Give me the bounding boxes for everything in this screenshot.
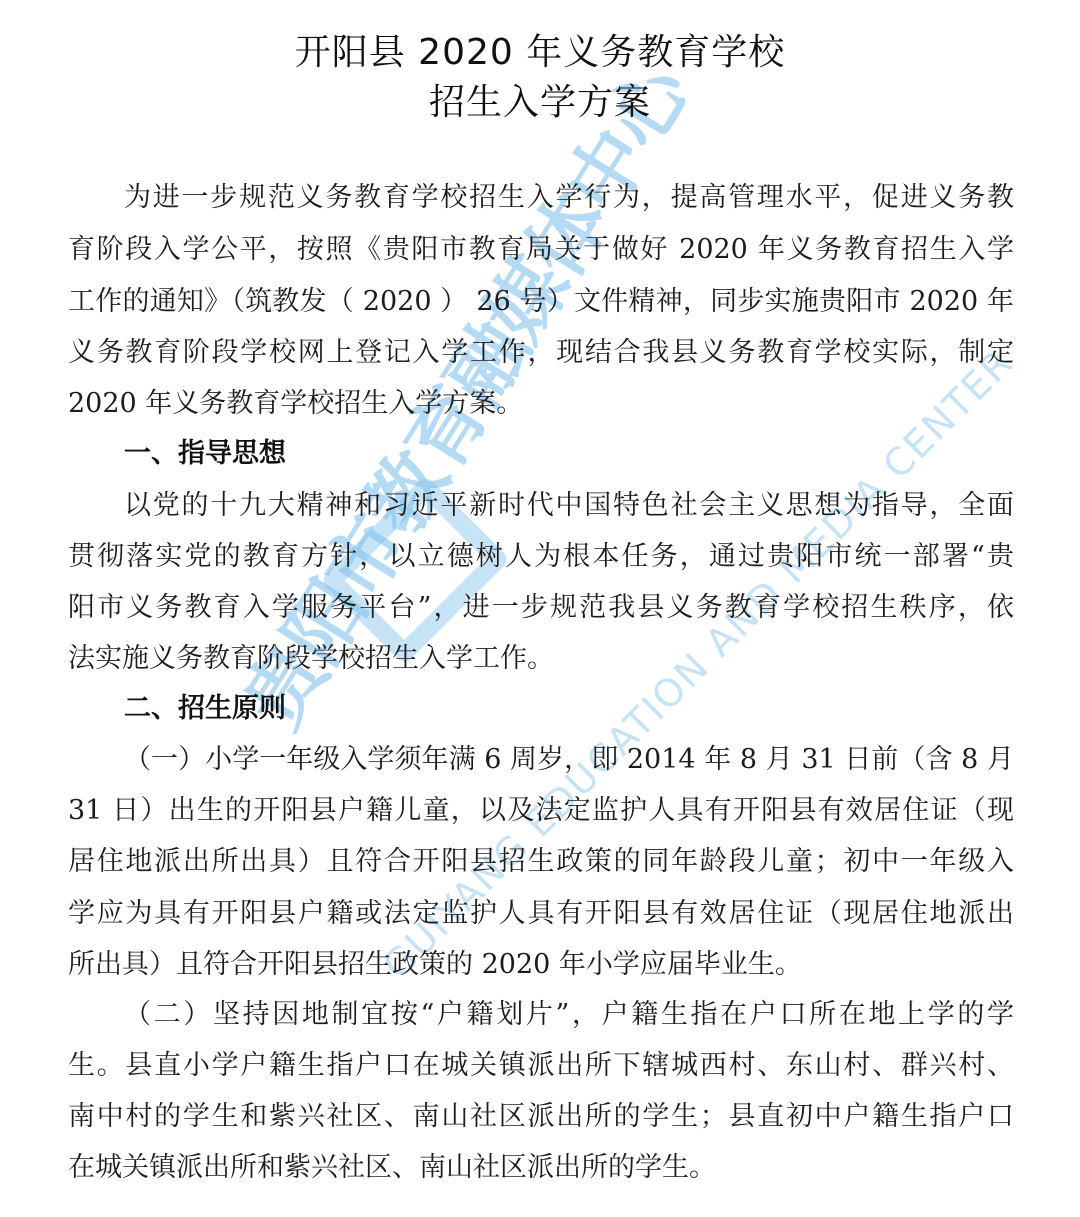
section2-item1-line-5: 所出具）且符合开阳县招生政策的 2020 年小学应届毕业生。 — [68, 948, 1014, 982]
section1-line-3: 阳市义务教育入学服务平台”，进一步规范我县义务教育学校招生秩序，依 — [68, 591, 1014, 625]
section2-item2-line-1: （二）坚持因地制宜按“户籍划片”，户籍生指在户口所在地上学的学 — [124, 998, 1014, 1032]
section1-line-1: 以党的十九大精神和习近平新时代中国特色社会主义思想为指导，全面 — [124, 489, 1014, 523]
section2-item2-line-4: 在城关镇派出所和紫兴社区、南山社区派出所的学生。 — [68, 1151, 1014, 1185]
intro-line-4: 义务教育阶段学校网上登记入学工作，现结合我县义务教育学校实际，制定 — [68, 336, 1014, 370]
document-title-line2: 招生入学方案 — [0, 74, 1080, 125]
section1-line-2: 贯彻落实党的教育方针，以立德树人为根本任务，通过贵阳市统一部署“贵 — [68, 540, 1014, 574]
section2-heading: 二、招生原则 — [124, 692, 286, 726]
intro-line-5: 2020 年义务教育学校招生入学方案。 — [68, 387, 1014, 421]
document-body: 开阳县 2020 年义务教育学校 招生入学方案 为进一步规范义务教育学校招生入学… — [0, 0, 1080, 1217]
section1-line-4: 法实施义务教育阶段学校招生入学工作。 — [68, 642, 1014, 676]
intro-line-2: 育阶段入学公平，按照《贵阳市教育局关于做好 2020 年义务教育招生入学 — [68, 233, 1014, 267]
document-page: 贵阳市教育融媒体中心 GUIYANG EDUCATION AND MEDIA C… — [0, 0, 1080, 1217]
section2-item1-line-4: 学应为具有开阳县户籍或法定监护人具有开阳县有效居住证（现居住地派出 — [68, 897, 1014, 931]
section2-item1-line-1: （一）小学一年级入学须年满 6 周岁，即 2014 年 8 月 31 日前（含 … — [124, 743, 1014, 777]
section2-item1-line-3: 居住地派出所出具）且符合开阳县招生政策的同年龄段儿童；初中一年级入 — [68, 845, 1014, 879]
intro-line-3: 工作的通知》（筑教发（ 2020 ） 26 号）文件精神，同步实施贵阳市 202… — [68, 285, 1014, 319]
intro-line-1: 为进一步规范义务教育学校招生入学行为，提高管理水平，促进义务教 — [124, 181, 1014, 215]
section2-item2-line-3: 南中村的学生和紫兴社区、南山社区派出所的学生；县直初中户籍生指户口 — [68, 1100, 1014, 1134]
section1-heading: 一、指导思想 — [124, 437, 286, 471]
section2-item2-line-2: 生。县直小学户籍生指户口在城关镇派出所下辖城西村、东山村、群兴村、 — [68, 1049, 1014, 1083]
section2-item1-line-2: 31 日）出生的开阳县户籍儿童，以及法定监护人具有开阳县有效居住证（现 — [68, 794, 1014, 828]
document-title-line1: 开阳县 2020 年义务教育学校 — [0, 24, 1080, 75]
